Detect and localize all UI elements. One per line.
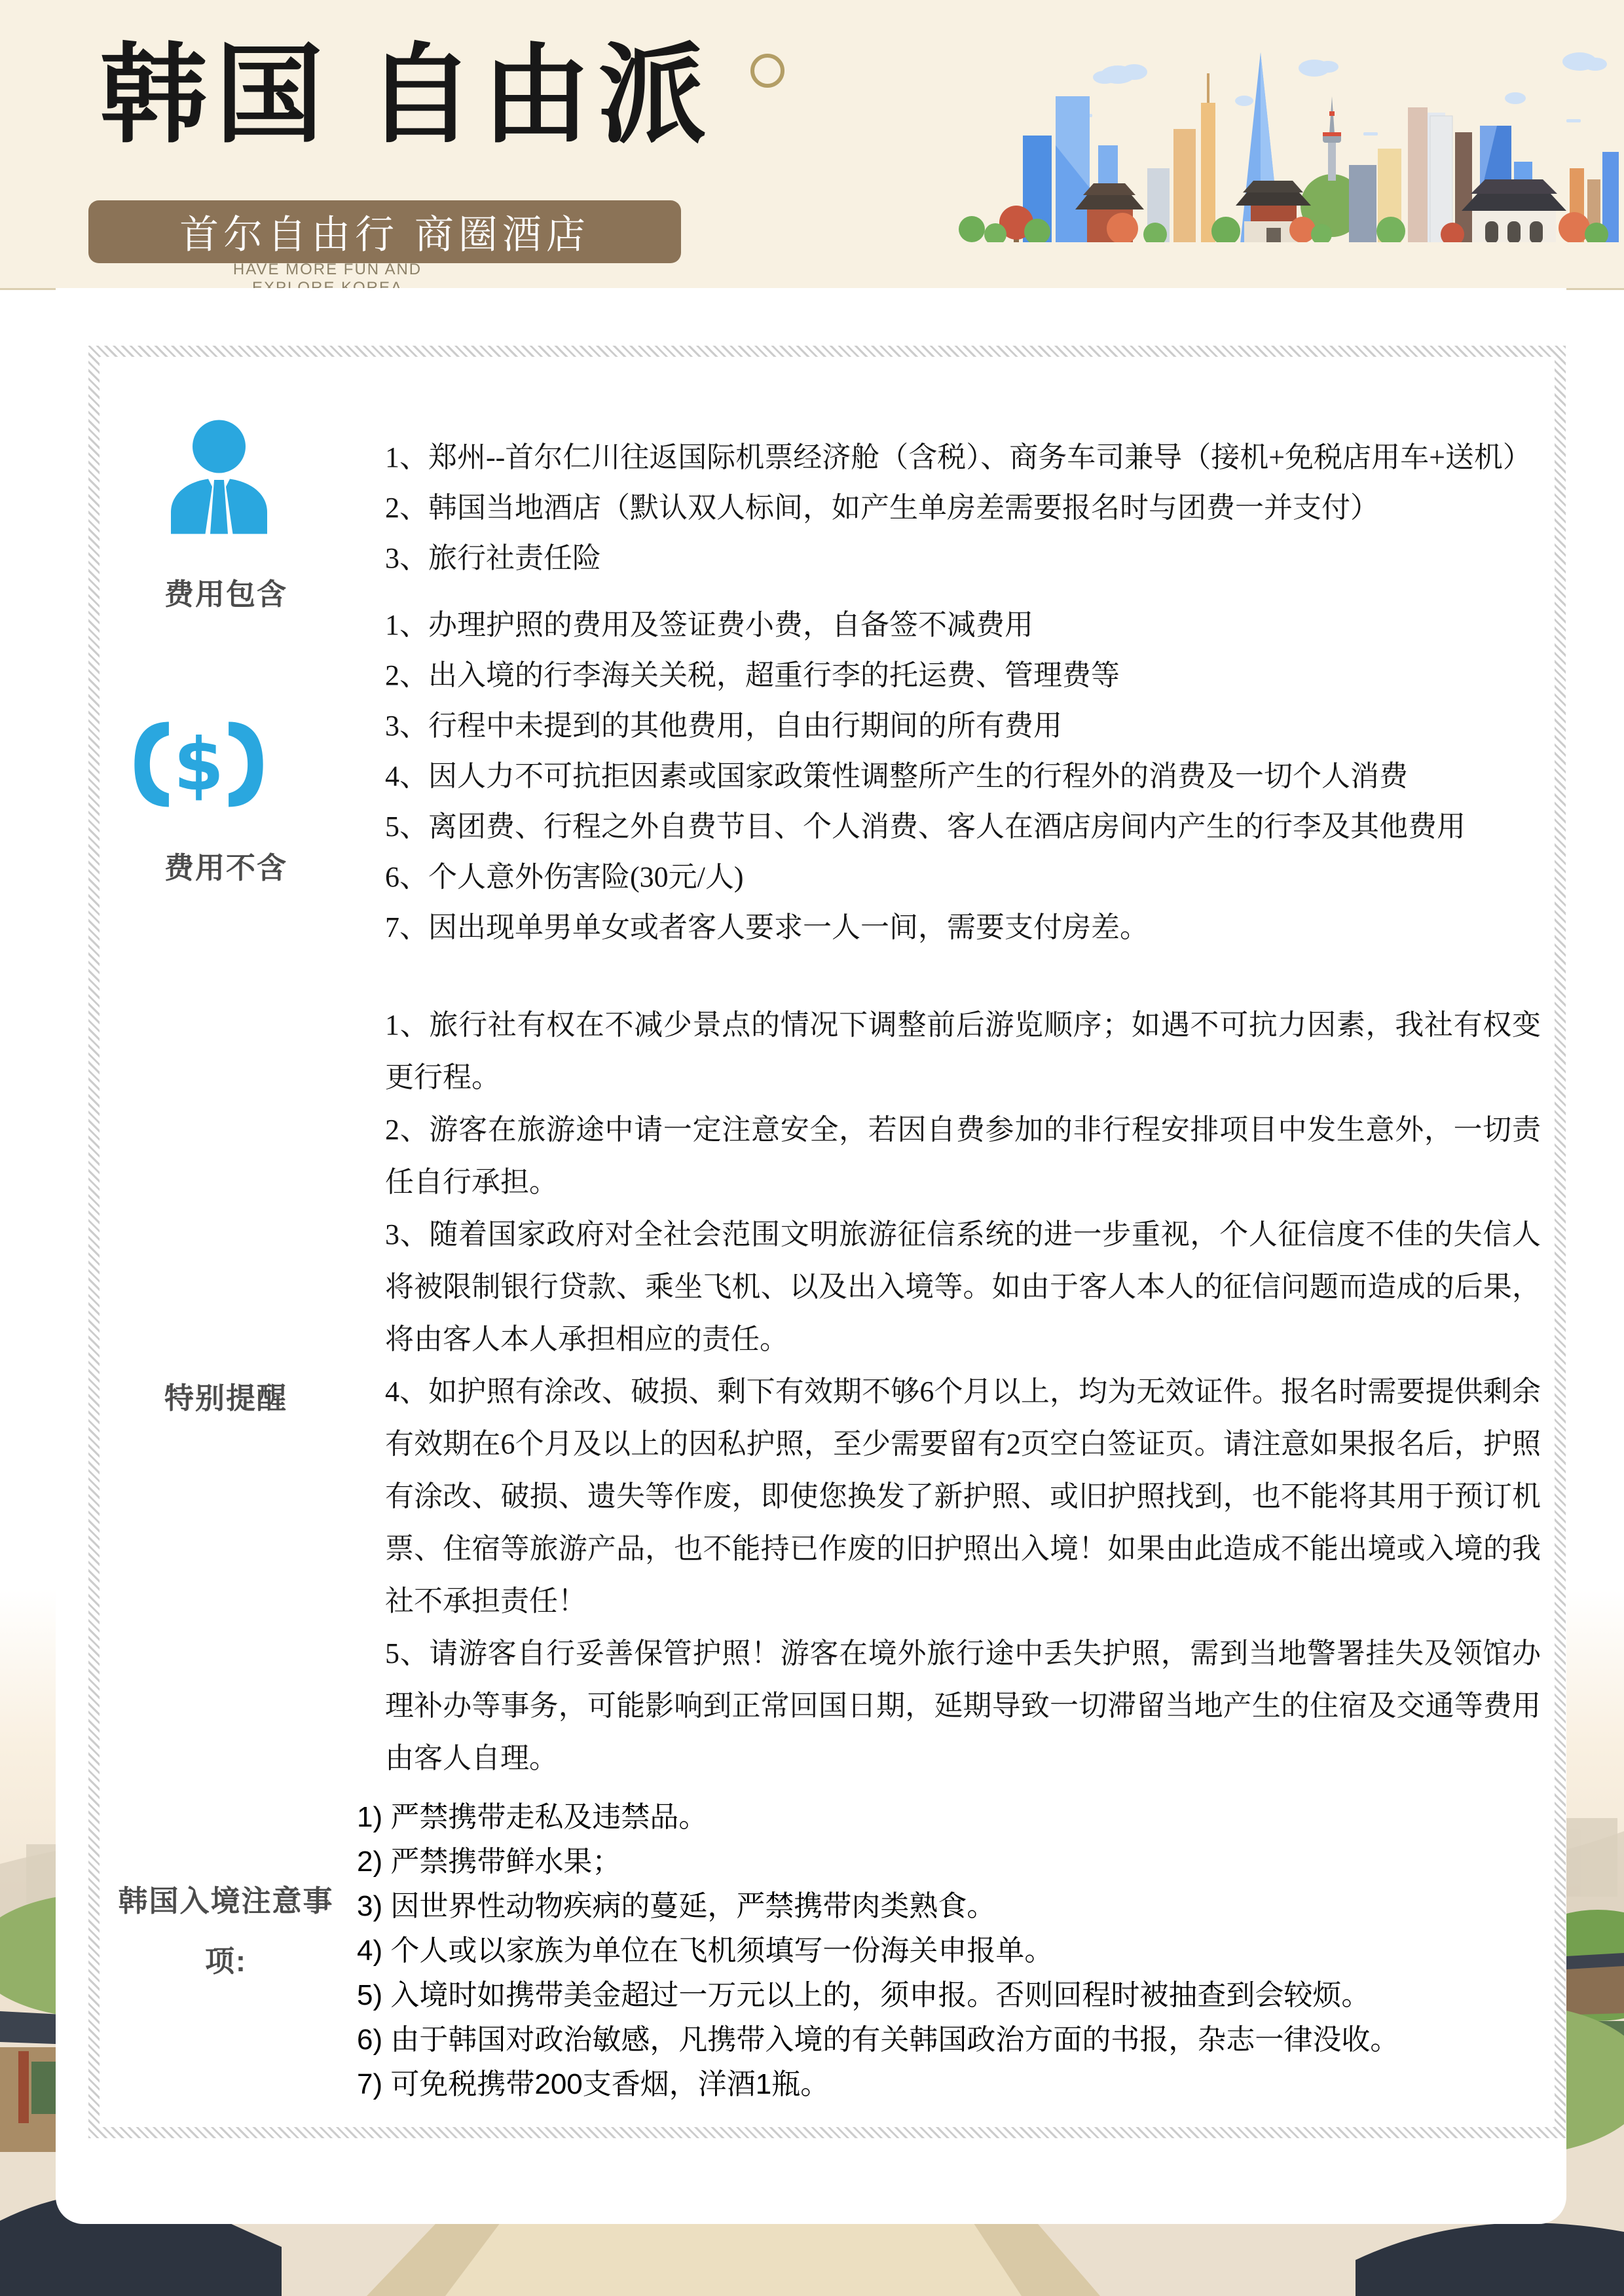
subtitle-badge: 首尔自由行 商圈酒店	[88, 200, 681, 263]
entry-note-items: 1) 严禁携带走私及违禁品。2) 严禁携带鲜水果；3) 因世界性动物疾病的蔓延，…	[357, 1795, 1545, 2107]
page-title: 韩国 自由派	[100, 31, 714, 161]
list-item: 2、游客在旅游途中请一定注意安全，若因自费参加的非行程安排项目中发生意外，一切责…	[385, 1104, 1541, 1209]
list-item: 1、郑州--首尔仁川往返国际机票经济舱（含税）、商务车司兼导（接机+免税店用车+…	[385, 432, 1544, 483]
list-item: 4、如护照有涂改、破损、剩下有效期不够6个月以上，均为无效证件。报名时需要提供剩…	[385, 1366, 1541, 1628]
list-item: 3、行程中未提到的其他费用，自由行期间的所有费用	[385, 701, 1544, 751]
list-item: 1、旅行社有权在不减少景点的情况下调整前后游览顺序；如遇不可抗力因素，我社有权变…	[385, 999, 1541, 1104]
list-item: 2、出入境的行李海关关税，超重行李的托运费、管理费等	[385, 650, 1544, 701]
section-label-included: 费用包含	[111, 564, 341, 625]
list-item: 5、请游客自行妥善保管护照！游客在境外旅行途中丢失护照，需到当地警署挂失及领馆办…	[385, 1628, 1541, 1785]
excluded-items: 1、办理护照的费用及签证费小费，自备签不减费用2、出入境的行李海关关税，超重行李…	[385, 600, 1544, 953]
seoul-skyline-illustration	[957, 34, 1619, 253]
list-item: 6) 由于韩国对政治敏感，凡携带入境的有关韩国政治方面的书报，杂志一律没收。	[357, 2018, 1545, 2062]
section-label-reminder: 特别提醒	[111, 1368, 341, 1429]
section-label-excluded: 费用不含	[111, 838, 341, 898]
section-label-entry-notes: 韩国入境注意事项:	[111, 1871, 341, 1992]
list-item: 7、因出现单男单女或者客人要求一人一间，需要支付房差。	[385, 902, 1544, 953]
brochure-page: 韩国 自由派 首尔自由行 商圈酒店 HAVE MORE FUN AND EXPL…	[0, 0, 1624, 2296]
subtitle-badge-label: 首尔自由行 商圈酒店	[179, 204, 590, 260]
reminder-paragraphs: 1、旅行社有权在不减少景点的情况下调整前后游览顺序；如遇不可抗力因素，我社有权变…	[385, 999, 1541, 1785]
list-item: 7) 可免税携带200支香烟，洋酒1瓶。	[357, 2062, 1545, 2107]
included-items: 1、郑州--首尔仁川往返国际机票经济舱（含税）、商务车司兼导（接机+免税店用车+…	[385, 432, 1544, 583]
list-item: 5、离团费、行程之外自费节目、个人消费、客人在酒店房间内产生的行李及其他费用	[385, 801, 1544, 852]
list-item: 2、韩国当地酒店（默认双人标间，如产生单房差需要报名时与团费一并支付）	[385, 483, 1544, 533]
list-item: 3) 因世界性动物疾病的蔓延，严禁携带肉类熟食。	[357, 1884, 1545, 1929]
list-item: 3、随着国家政府对全社会范围文明旅游征信系统的进一步重视，个人征信度不佳的失信人…	[385, 1209, 1541, 1366]
list-item: 1) 严禁携带走私及违禁品。	[357, 1795, 1545, 1840]
svg-text:$: $	[174, 723, 224, 807]
list-item: 3、旅行社责任险	[385, 533, 1544, 583]
list-item: 5) 入境时如携带美金超过一万元以上的，须申报。否则回程时被抽查到会较烦。	[357, 1973, 1545, 2018]
list-item: 4、因人力不可抗拒因素或国家政策性调整所产生的行程外的消费及一切个人消费	[385, 751, 1544, 801]
money-icon: $	[122, 714, 276, 815]
person-icon	[165, 410, 273, 544]
ring-icon	[750, 54, 784, 88]
list-item: 1、办理护照的费用及签证费小费，自备签不减费用	[385, 600, 1544, 650]
list-item: 2) 严禁携带鲜水果；	[357, 1840, 1545, 1884]
list-item: 4) 个人或以家族为单位在飞机须填写一份海关申报单。	[357, 1929, 1545, 1973]
list-item: 6、个人意外伤害险(30元/人)	[385, 852, 1544, 902]
